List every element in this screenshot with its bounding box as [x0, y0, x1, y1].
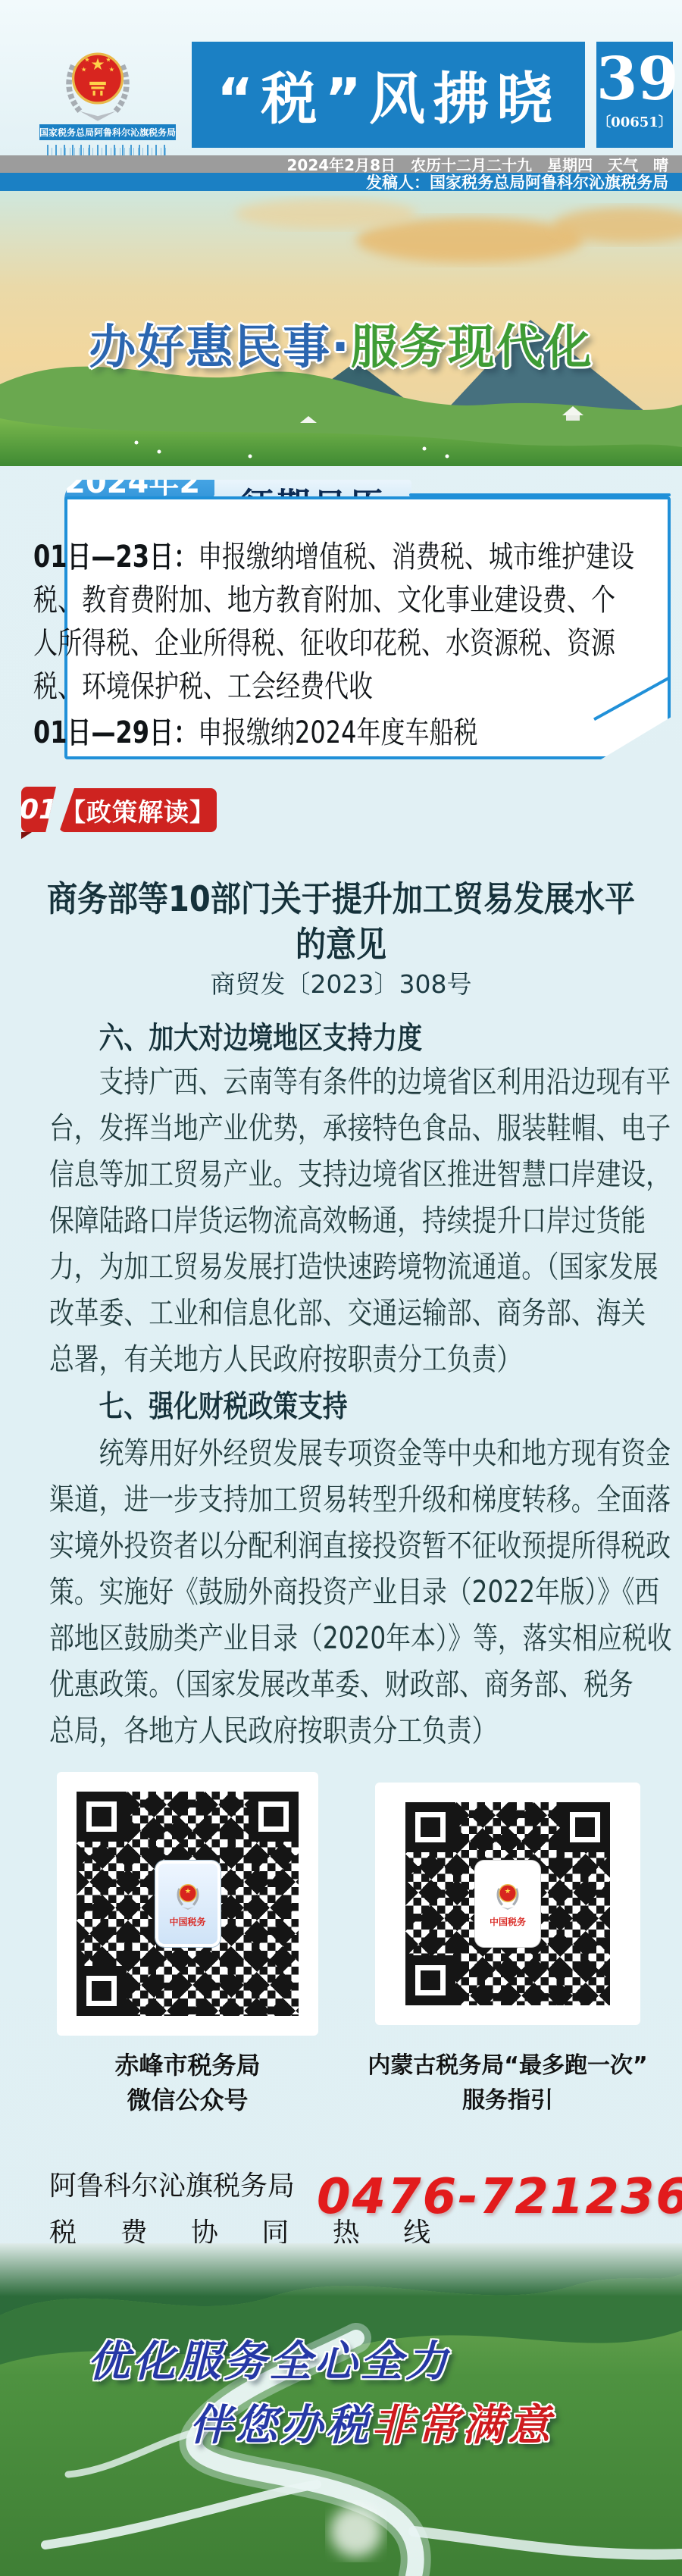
policy-p7-line: 部地区鼓励类产业目录（2020年本）》等，落实相应税收 — [49, 1614, 671, 1657]
tax-emblem-icon — [57, 42, 139, 124]
banner-slogan-blue: 办好惠民事 — [89, 319, 331, 374]
banner-slogan-dot: · — [331, 319, 351, 374]
qr-center-logo: 中国税务 — [475, 1861, 540, 1947]
hotline-phone-number: 0476-7212366 — [317, 2169, 682, 2225]
qr-code-wechat: 中国税务 — [77, 1792, 299, 2016]
masthead-title: “税”风拂晓 — [192, 42, 585, 148]
policy-p7-line: 总局，各地方人民政府按职责分工负责） — [49, 1707, 496, 1750]
policy-title-line1: 商务部等10部门关于提升加工贸易发展水平 — [45, 872, 638, 922]
qr-finder-icon — [560, 1802, 610, 1852]
section-number-badge: 01 — [21, 787, 56, 832]
newsletter-page: 国家税务总局阿鲁科尔沁旗税务局 “税”风拂晓 39 〔00651〕 2024年2… — [0, 0, 682, 2576]
tax-emblem-icon — [493, 1880, 523, 1913]
calendar-item2-prefix: 01日—29日： — [33, 715, 198, 750]
policy-title-line2: 的意见 — [45, 917, 638, 967]
tax-emblem-icon — [173, 1880, 203, 1913]
qr-card-right: 中国税务 — [375, 1783, 640, 2025]
hotline-org: 阿鲁科尔沁旗税务局 — [49, 2164, 295, 2203]
calendar-item1-line1: 01日—23日：申报缴纳增值税、消费税、城市维护建设 — [33, 533, 634, 576]
agency-name-plate: 国家税务总局阿鲁科尔沁旗税务局 — [39, 124, 176, 140]
calendar-item1-prefix: 01日—23日： — [33, 540, 198, 574]
qr-caption-right-line1: 内蒙古税务局“最多跑一次” — [356, 2046, 659, 2080]
calendar-item2-line1: 01日—29日：申报缴纳2024年度车船税 — [33, 709, 478, 752]
qr-code-service-guide: 中国税务 — [405, 1802, 610, 2005]
qr-center-logo: 中国税务 — [155, 1861, 221, 1947]
qr-finder-icon — [249, 1792, 299, 1842]
qr-finder-icon — [405, 1802, 455, 1852]
issue-code: 〔00651〕 — [596, 111, 673, 131]
policy-p7-line: 实境外投资者以分配利润直接投资暂不征收预提所得税政 — [49, 1522, 671, 1565]
qr-card-left: 中国税务 — [57, 1772, 318, 2036]
footer-slogan-line2: 伴您办税非常满意 — [189, 2392, 553, 2452]
badge-fold — [21, 832, 32, 839]
publisher-bar: 发稿人：国家税务总局阿鲁科尔沁旗税务局 — [0, 173, 682, 191]
banner-slogan: 办好惠民事·服务现代化 — [0, 309, 682, 377]
policy-p6-line: 改革委、工业和信息化部、交通运输部、商务部、海关 — [49, 1289, 646, 1332]
calendar-item1-line4: 税、环境保护税、工会经费代收 — [33, 662, 373, 706]
policy-p6-line: 信息等加工贸易产业。支持边境省区推进智慧口岸建设， — [49, 1150, 671, 1194]
policy-p7-line: 优惠政策。（国家发展改革委、财政部、商务部、税务 — [49, 1660, 634, 1704]
policy-p6-line: 台，发挥当地产业优势，承接特色食品、服装鞋帽、电子 — [49, 1104, 671, 1147]
issue-box: 39 〔00651〕 — [596, 42, 673, 148]
calendar-item1-line3: 人所得税、企业所得税、征收印花税、水资源税、资源 — [33, 619, 615, 662]
banner-slogan-green: 服务现代化 — [351, 319, 593, 374]
qr-logo-text: 中国税务 — [169, 1915, 205, 1928]
qr-caption-right-line2: 服务指引 — [356, 2081, 659, 2114]
policy-p6-line: 力，为加工贸易发展打造快速跨境物流通道。（国家发展 — [49, 1243, 659, 1286]
issue-number: 39 — [596, 48, 673, 111]
qr-finder-icon — [77, 1792, 127, 1842]
qr-logo-text: 中国税务 — [490, 1915, 526, 1928]
policy-section6-heading: 六、加大对边境地区支持力度 — [49, 1014, 422, 1057]
footer-slogan-blue-part: 伴您办税 — [189, 2401, 371, 2450]
policy-p7-line: 渠道，进一步支持加工贸易转型升级和梯度转移。全面落 — [49, 1476, 671, 1519]
footer-slogan-red-part: 非常满意 — [371, 2401, 553, 2450]
calendar-item1-line2: 税、教育费附加、地方教育附加、文化事业建设费、个 — [33, 576, 615, 619]
calendar-top-line — [409, 493, 671, 496]
policy-p6-line: 支持广西、云南等有条件的边境省区利用沿边现有平 — [49, 1058, 671, 1101]
footer-slogan-line1: 优化服务全心全力 — [87, 2328, 451, 2389]
qr-finder-icon — [405, 1955, 455, 2005]
policy-p7-line: 策。实施好《鼓励外商投资产业目录（2022年版）》《西 — [49, 1568, 659, 1611]
qr-finder-icon — [77, 1966, 127, 2016]
policy-p7-line: 统筹用好外经贸发展专项资金等中央和地方现有资金 — [49, 1429, 671, 1473]
policy-p6-line: 保障陆路口岸货运物流高效畅通，持续提升口岸过货能 — [49, 1197, 646, 1240]
section-label-badge: 【政策解读】 — [59, 788, 217, 832]
qr-caption-left-line1: 赤峰市税务局 — [57, 2046, 318, 2081]
qr-caption-left-line2: 微信公众号 — [57, 2081, 318, 2116]
policy-p6-line: 总署，有关地方人民政府按职责分工负责） — [49, 1335, 521, 1379]
policy-doc-number: 商贸发〔2023〕308号 — [0, 965, 682, 1000]
policy-section7-heading: 七、强化财税政策支持 — [49, 1382, 348, 1426]
